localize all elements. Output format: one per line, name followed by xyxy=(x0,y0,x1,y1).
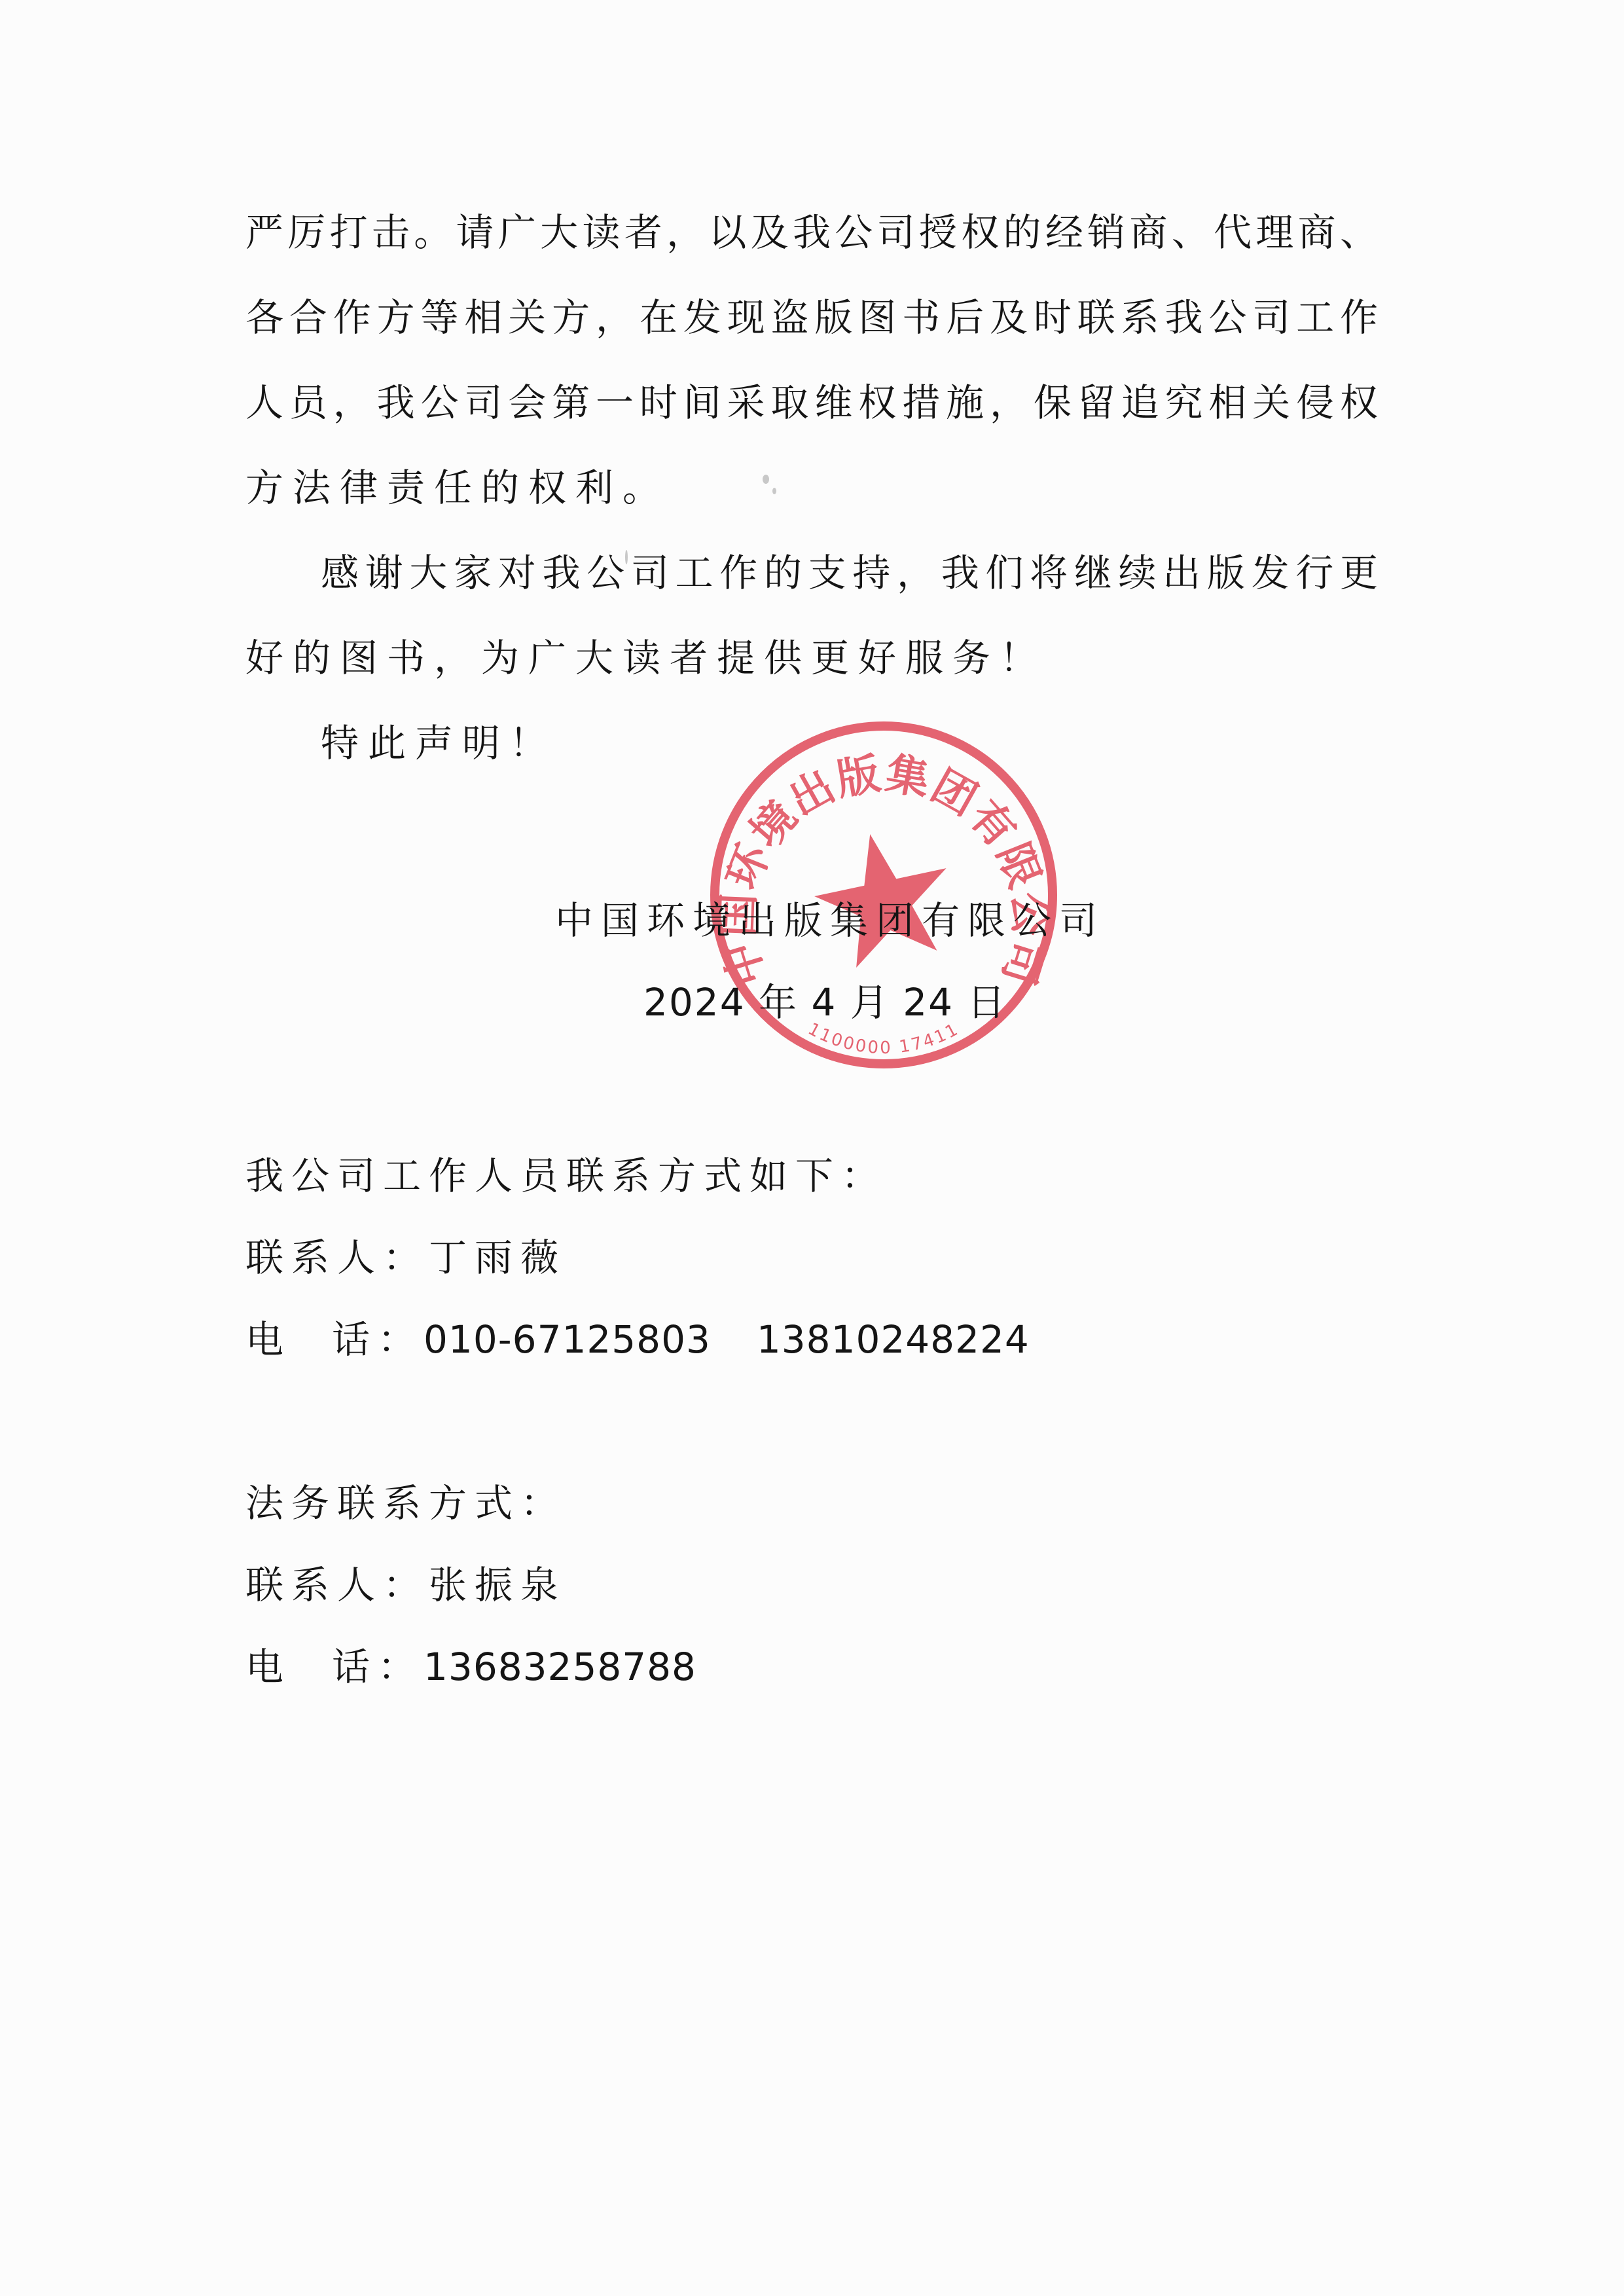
legal-contact-heading: 法务联系方式： xyxy=(245,1480,566,1527)
staff-contact-phone: 电话：010-6712580313810248224 xyxy=(245,1316,1030,1363)
body-line: 方法律责任的权利。 xyxy=(245,464,670,511)
body-line: 人员，我公司会第一时间采取维权措施，保留追究相关侵权 xyxy=(245,379,1378,426)
document-page: 严厉打击。请广大读者，以及我公司授权的经销商、代理商、 各合作方等相关方，在发现… xyxy=(0,0,1624,2296)
phone-label-1: 电 xyxy=(245,1317,291,1362)
body-line: 严厉打击。请广大读者，以及我公司授权的经销商、代理商、 xyxy=(245,209,1378,256)
contact-person-label: 联系人： xyxy=(245,1235,429,1280)
phone-landline[interactable]: 010-67125803 xyxy=(424,1317,711,1362)
staff-contact-heading: 我公司工作人员联系方式如下： xyxy=(245,1152,887,1199)
body-line: 各合作方等相关方，在发现盗版图书后及时联系我公司工作 xyxy=(245,294,1378,341)
contact-person-name: 丁雨薇 xyxy=(429,1235,566,1280)
body-line: 好的图书，为广大读者提供更好服务！ xyxy=(245,634,1047,682)
signature-date: 2024 年 4 月 24 日 xyxy=(643,979,1007,1026)
phone-label-1: 电 xyxy=(245,1645,291,1689)
phone-label-2: 话： xyxy=(332,1645,424,1689)
legal-contact-person: 联系人：张振泉 xyxy=(245,1561,566,1609)
phone-mobile[interactable]: 13810248224 xyxy=(757,1317,1030,1362)
phone-label-2: 话： xyxy=(332,1317,424,1362)
scan-speck xyxy=(772,488,776,494)
phone-mobile[interactable]: 13683258788 xyxy=(424,1645,696,1689)
signature-company: 中国环境出版集团有限公司 xyxy=(555,897,1105,944)
scan-speck xyxy=(763,475,769,484)
body-line: 感谢大家对我公司工作的支持，我们将继续出版发行更 xyxy=(321,549,1378,596)
scan-speck xyxy=(625,550,628,564)
contact-person-name: 张振泉 xyxy=(429,1563,566,1607)
contact-person-label: 联系人： xyxy=(245,1563,429,1607)
staff-contact-person: 联系人：丁雨薇 xyxy=(245,1234,566,1281)
legal-contact-phone: 电话：13683258788 xyxy=(245,1643,696,1690)
closing-statement: 特此声明！ xyxy=(321,720,556,767)
